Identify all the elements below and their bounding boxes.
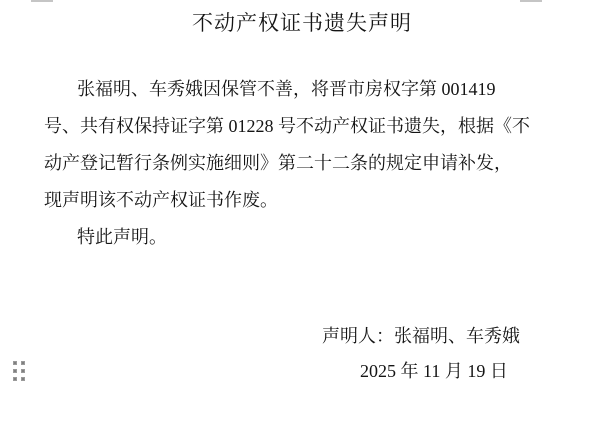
document-page: 不动产权证书遗失声明 张福明、车秀娥因保管不善，将晋市房权字第 001419 号…: [0, 0, 604, 443]
body-line-3: 动产登记暂行条例实施细则》第二十二条的规定申请补发，: [44, 145, 559, 182]
dot: [21, 377, 25, 381]
signer-line: 声明人：张福明、车秀娥: [322, 325, 520, 347]
body-line-1: 张福明、车秀娥因保管不善，将晋市房权字第 001419: [44, 71, 559, 108]
top-edge-fragment-left: [31, 0, 53, 2]
body-line-2: 号、共有权保持证字第 01228 号不动产权证书遗失，根据《不: [44, 108, 559, 145]
date-line: 2025 年 11 月 19 日: [360, 360, 508, 382]
document-body: 张福明、车秀娥因保管不善，将晋市房权字第 001419 号、共有权保持证字第 0…: [44, 71, 559, 256]
body-line-4: 现声明该不动产权证书作废。: [44, 182, 559, 219]
dot: [13, 361, 17, 365]
closing-line: 特此声明。: [44, 219, 559, 256]
dots-grid-icon: [13, 361, 25, 381]
top-edge-fragment-right: [520, 0, 542, 2]
dot: [21, 361, 25, 365]
dot: [13, 369, 17, 373]
dot: [21, 369, 25, 373]
document-title: 不动产权证书遗失声明: [0, 7, 604, 37]
dot: [13, 377, 17, 381]
